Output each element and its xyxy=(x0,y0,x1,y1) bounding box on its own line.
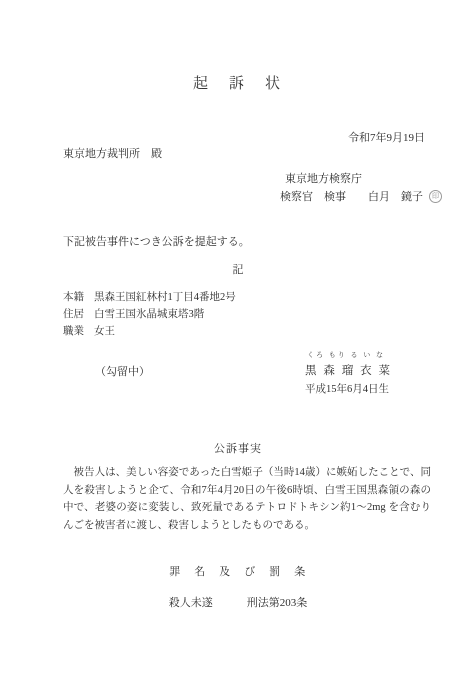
seal-icon: 印 xyxy=(429,190,442,203)
crime-name: 殺人未遂 xyxy=(169,594,213,610)
prosecutor-office: 東京地方検察庁 xyxy=(285,170,362,186)
residence-value: 白雪王国氷晶城東塔3階 xyxy=(94,309,204,320)
custody-status: （勾留中） xyxy=(95,363,150,379)
domicile-label: 本籍 xyxy=(63,292,84,303)
domicile-value: 黒森王国紅林村1丁目4番地2号 xyxy=(94,292,236,303)
defendant-identity-block: 本籍黒森王国紅林村1丁目4番地2号 住居白雪王国氷晶城東塔3階 職業女王 xyxy=(63,289,236,340)
charges-heading: 罪 名 及 び 罰 条 xyxy=(0,563,476,579)
charges-line: 殺人未遂 刑法第203条 xyxy=(0,594,476,610)
charged-facts-body: 被告人は、美しい容姿であった白雪姫子（当時14歳）に嫉妬したことで、同人を殺害し… xyxy=(63,464,431,534)
defendant-name-furigana: くろ もり る い な xyxy=(307,350,385,360)
statute-reference: 刑法第203条 xyxy=(247,594,308,610)
filing-date: 令和7年9月19日 xyxy=(348,129,425,145)
residence-row: 住居白雪王国氷晶城東塔3階 xyxy=(63,306,236,323)
prosecutor-signature-line: 検察官 検事 白月 鏡子 印 xyxy=(280,188,442,204)
document-title: 起 訴 状 xyxy=(0,72,476,93)
occupation-row: 職業女王 xyxy=(63,323,236,340)
occupation-label: 職業 xyxy=(63,326,84,337)
opening-sentence: 下記被告事件につき公訴を提起する。 xyxy=(63,233,250,249)
defendant-name: 黒 森 瑠 衣 菜 xyxy=(305,362,392,378)
residence-label: 住居 xyxy=(63,309,84,320)
domicile-row: 本籍黒森王国紅林村1丁目4番地2号 xyxy=(63,289,236,306)
indictment-page: 起 訴 状 令和7年9月19日 東京地方裁判所 殿 東京地方検察庁 検察官 検事… xyxy=(0,0,476,695)
prosecutor-name: 検察官 検事 白月 鏡子 xyxy=(280,188,423,204)
defendant-birth-date: 平成15年6月4日生 xyxy=(305,381,389,396)
occupation-value: 女王 xyxy=(94,326,115,337)
addressee-court: 東京地方裁判所 殿 xyxy=(63,145,162,161)
ki-header: 記 xyxy=(0,261,476,277)
charged-facts-heading: 公訴事実 xyxy=(0,440,476,456)
